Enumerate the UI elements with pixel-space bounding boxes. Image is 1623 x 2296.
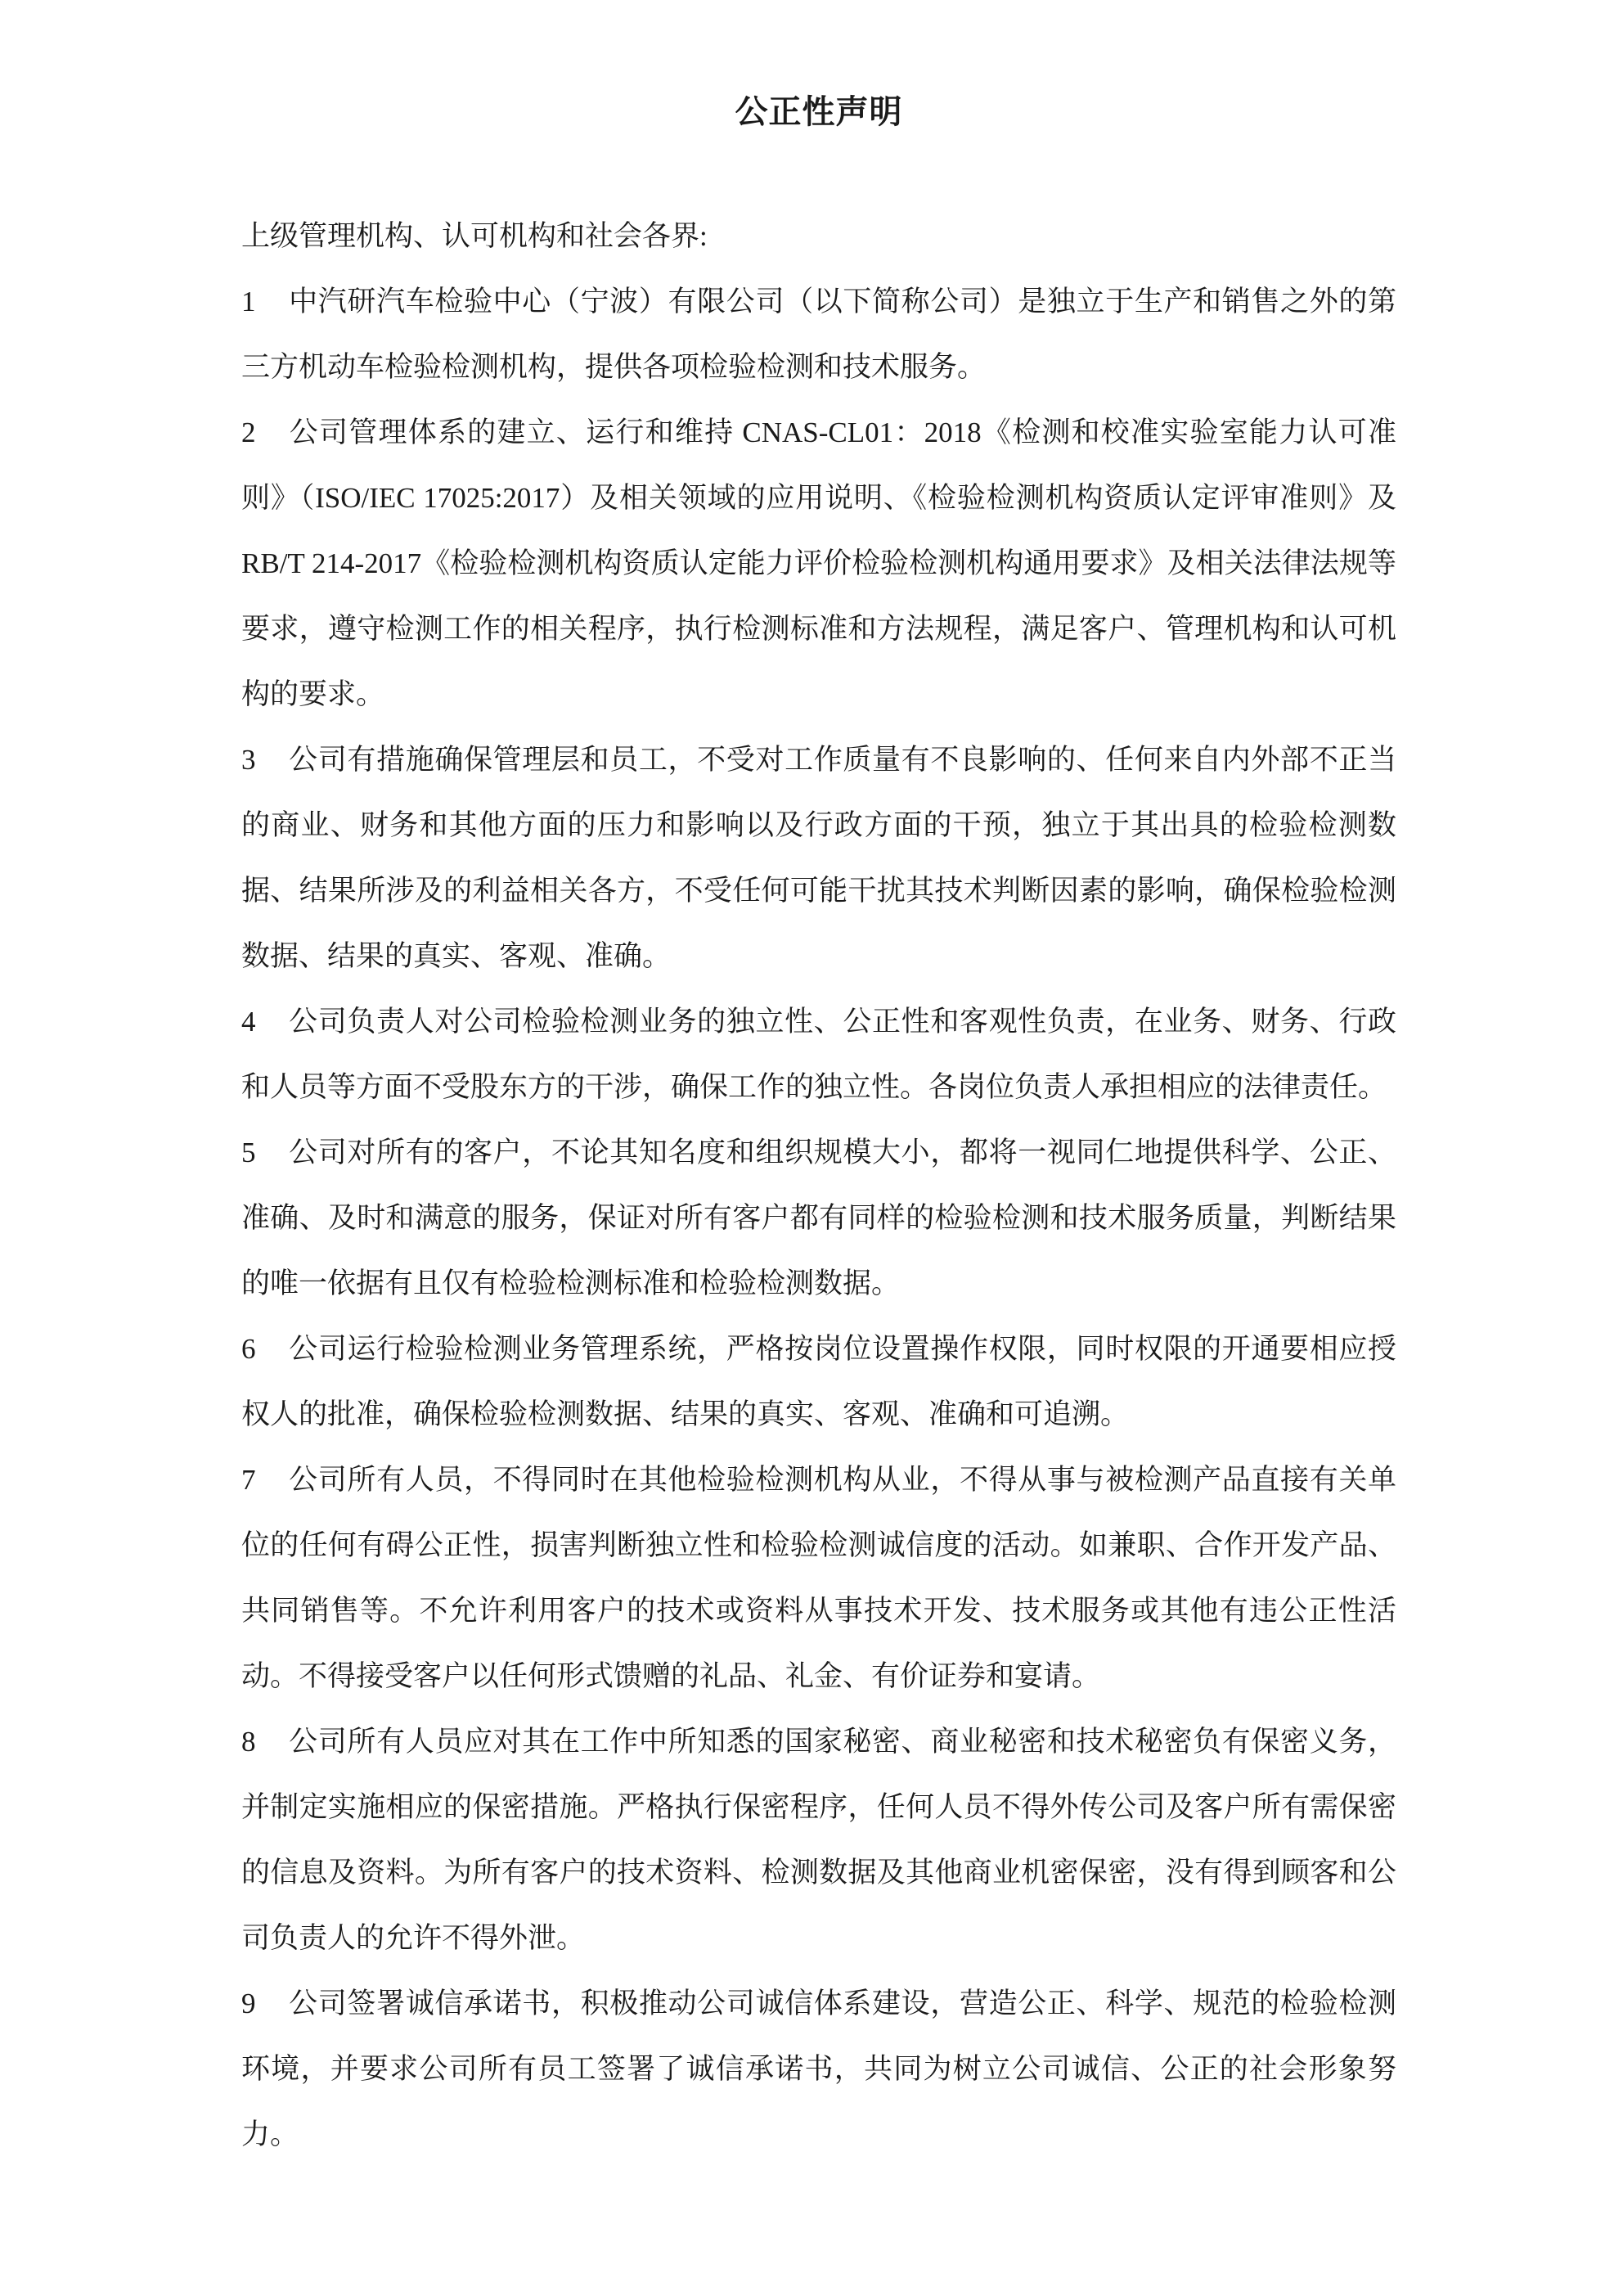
paragraph-number: 4 xyxy=(241,1006,256,1038)
paragraph: 1中汽研汽车检验中心（宁波）有限公司（以下简称公司）是独立于生产和销售之外的第三… xyxy=(241,269,1396,400)
paragraph: 8公司所有人员应对其在工作中所知悉的国家秘密、商业秘密和技术秘密负有保密义务，并… xyxy=(241,1709,1396,1971)
paragraph-number: 7 xyxy=(241,1464,256,1496)
document-title: 公正性声明 xyxy=(241,86,1396,138)
paragraph-text: 公司签署诚信承诺书，积极推动公司诚信体系建设，营造公正、科学、规范的检验检测环境… xyxy=(241,1988,1396,2150)
paragraph: 6公司运行检验检测业务管理系统，严格按岗位设置操作权限，同时权限的开通要相应授权… xyxy=(241,1317,1396,1447)
paragraph-text: 公司有措施确保管理层和员工，不受对工作质量有不良影响的、任何来自内外部不正当的商… xyxy=(241,744,1396,972)
paragraph-text: 公司所有人员应对其在工作中所知悉的国家秘密、商业秘密和技术秘密负有保密义务，并制… xyxy=(241,1726,1396,1954)
paragraph-number: 8 xyxy=(241,1726,256,1758)
paragraph-text: 公司所有人员，不得同时在其他检验检测机构从业，不得从事与被检测产品直接有关单位的… xyxy=(241,1464,1396,1692)
paragraph: 9公司签署诚信承诺书，积极推动公司诚信体系建设，营造公正、科学、规范的检验检测环… xyxy=(241,1971,1396,2168)
document-page: 公正性声明 上级管理机构、认可机构和社会各界: 1中汽研汽车检验中心（宁波）有限… xyxy=(0,0,1623,2296)
paragraph-text: 公司负责人对公司检验检测业务的独立性、公正性和客观性负责，在业务、财务、行政和人… xyxy=(241,1006,1396,1103)
paragraph-number: 9 xyxy=(241,1988,256,2019)
paragraph: 2公司管理体系的建立、运行和维持 CNAS-CL01：2018《检测和校准实验室… xyxy=(241,400,1396,727)
paragraph: 5公司对所有的客户，不论其知名度和组织规模大小，都将一视同仁地提供科学、公正、准… xyxy=(241,1120,1396,1317)
paragraph: 7公司所有人员，不得同时在其他检验检测机构从业，不得从事与被检测产品直接有关单位… xyxy=(241,1447,1396,1709)
document-content: 公正性声明 上级管理机构、认可机构和社会各界: 1中汽研汽车检验中心（宁波）有限… xyxy=(241,86,1396,2168)
paragraph-number: 6 xyxy=(241,1333,256,1365)
paragraph-text: 公司管理体系的建立、运行和维持 CNAS-CL01：2018《检测和校准实验室能… xyxy=(241,416,1396,710)
paragraph: 4公司负责人对公司检验检测业务的独立性、公正性和客观性负责，在业务、财务、行政和… xyxy=(241,989,1396,1120)
document-body: 上级管理机构、认可机构和社会各界: 1中汽研汽车检验中心（宁波）有限公司（以下简… xyxy=(241,204,1396,2168)
salutation-text: 上级管理机构、认可机构和社会各界: xyxy=(241,220,708,252)
paragraph-text: 中汽研汽车检验中心（宁波）有限公司（以下简称公司）是独立于生产和销售之外的第三方… xyxy=(241,286,1396,383)
paragraph-number: 3 xyxy=(241,744,256,776)
paragraph-number: 2 xyxy=(241,416,256,448)
paragraph-number: 1 xyxy=(241,286,256,317)
paragraph-text: 公司对所有的客户，不论其知名度和组织规模大小，都将一视同仁地提供科学、公正、准确… xyxy=(241,1137,1396,1299)
paragraph: 3公司有措施确保管理层和员工，不受对工作质量有不良影响的、任何来自内外部不正当的… xyxy=(241,727,1396,989)
salutation-line: 上级管理机构、认可机构和社会各界: xyxy=(241,204,1396,269)
paragraph-number: 5 xyxy=(241,1137,256,1168)
paragraph-text: 公司运行检验检测业务管理系统，严格按岗位设置操作权限，同时权限的开通要相应授权人… xyxy=(241,1333,1396,1430)
